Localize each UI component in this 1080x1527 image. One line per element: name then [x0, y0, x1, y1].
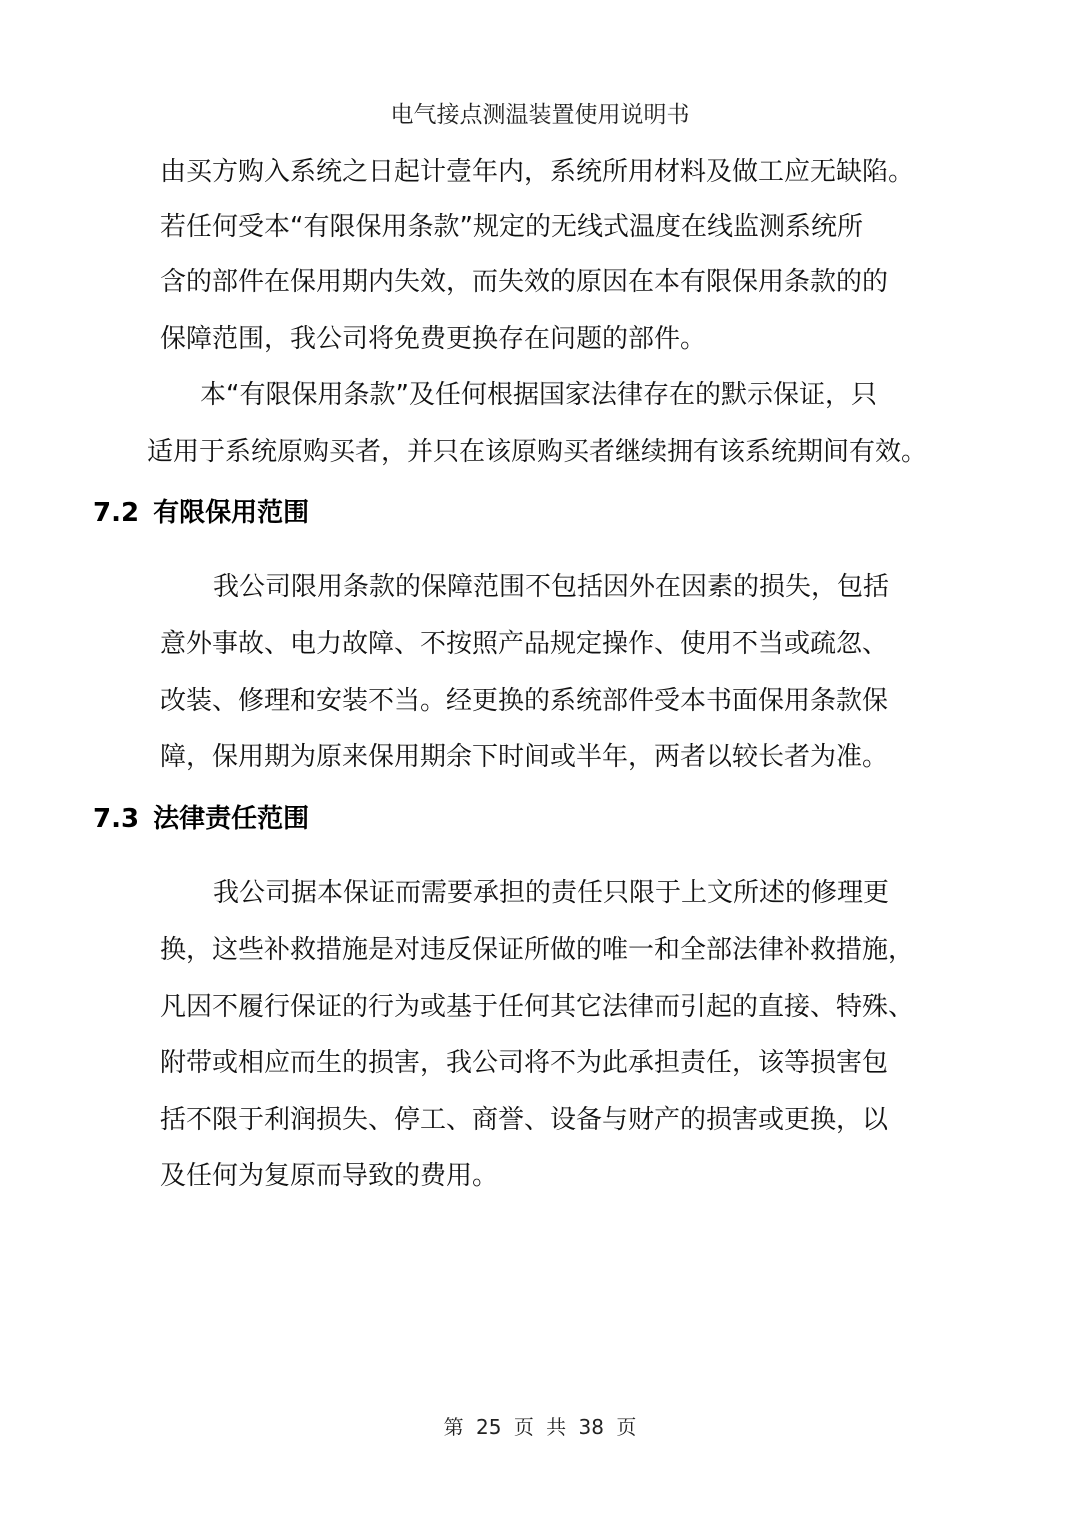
paragraph-line: 我公司限用条款的保障范围不包括因外在因素的损失，包括: [213, 570, 889, 604]
paragraph-line: 附带或相应而生的损害，我公司将不为此承担责任，该等损害包: [160, 1046, 888, 1080]
section-heading-7-2: 7.2有限保用范围: [93, 496, 309, 530]
page-number-footer: 第 25 页 共 38 页: [0, 1411, 1080, 1440]
paragraph-line: 保障范围，我公司将免费更换存在问题的部件。: [160, 322, 706, 356]
paragraph-line: 意外事故、电力故障、不按照产品规定操作、使用不当或疏忽、: [160, 627, 888, 661]
paragraph-line: 改装、修理和安装不当。经更换的系统部件受本书面保用条款保: [160, 684, 888, 718]
paragraph-line: 本“有限保用条款”及任何根据国家法律存在的默示保证，只: [200, 378, 877, 412]
paragraph-line: 若任何受本“有限保用条款”规定的无线式温度在线监测系统所: [160, 210, 863, 244]
document-header-title: 电气接点测温装置使用说明书: [0, 96, 1080, 129]
section-title: 有限保用范围: [153, 498, 309, 528]
paragraph-line: 由买方购入系统之日起计壹年内，系统所用材料及做工应无缺陷。: [160, 155, 914, 189]
paragraph-line: 及任何为复原而导致的费用。: [160, 1159, 498, 1193]
paragraph-line: 适用于系统原购买者，并只在该原购买者继续拥有该系统期间有效。: [147, 435, 927, 469]
paragraph-line: 我公司据本保证而需要承担的责任只限于上文所述的修理更: [213, 876, 889, 910]
paragraph-line: 障，保用期为原来保用期余下时间或半年，两者以较长者为准。: [160, 740, 888, 774]
paragraph-line: 括不限于利润损失、停工、商誉、设备与财产的损害或更换，以: [160, 1103, 888, 1137]
section-number: 7.3: [93, 802, 139, 836]
paragraph-line: 凡因不履行保证的行为或基于任何其它法律而引起的直接、特殊、: [160, 990, 914, 1024]
section-title: 法律责任范围: [153, 804, 309, 834]
paragraph-line: 含的部件在保用期内失效，而失效的原因在本有限保用条款的的: [160, 265, 888, 299]
section-heading-7-3: 7.3法律责任范围: [93, 802, 309, 836]
paragraph-line: 换，这些补救措施是对违反保证所做的唯一和全部法律补救措施，: [160, 933, 914, 967]
section-number: 7.2: [93, 496, 139, 530]
